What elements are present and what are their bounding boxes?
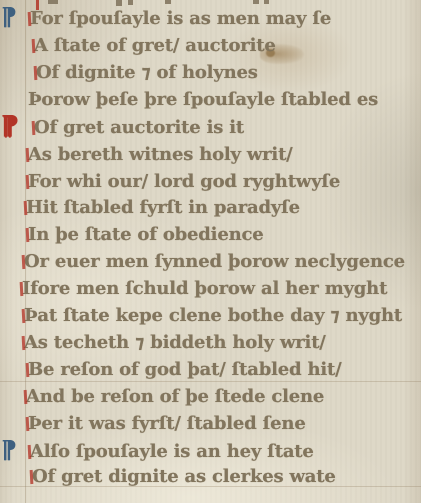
verse-line-text: Þat ſtate kepe clene bothe day ⁊ nyght — [24, 305, 402, 326]
verse-line-text: Of gret dignite as clerkes wate — [32, 466, 336, 487]
verse-line-text: Hit ſtabled fyrſt in paradyſe — [26, 197, 300, 218]
verse-line-text: A ſtate of gret/ auctorite — [34, 35, 276, 56]
verse-line: Ifore men ſchuld þorow al her myght — [22, 278, 387, 302]
verse-line-text: Alſo ſpouſayle is an hey ſtate — [30, 441, 314, 462]
verse-line-text: Þorow þeſe þre ſpouſayle ſtabled es — [28, 89, 378, 110]
verse-line: Of gret dignite as clerkes wate — [32, 466, 336, 490]
verse-line: In þe ſtate of obedience — [28, 224, 263, 248]
verse-line: As techeth ⁊ biddeth holy writ/ — [24, 332, 326, 356]
verse-line: A ſtate of gret/ auctorite — [34, 35, 276, 59]
paraph-mark-icon: ¶ — [2, 5, 17, 29]
verse-line: For whi our/ lord god ryghtwyſe — [28, 171, 340, 195]
verse-line: Of dignite ⁊ of holynes — [36, 62, 258, 86]
verse-line-text: Þer it was fyrſt/ ſtabled ſene — [28, 413, 306, 434]
verse-line-text: As techeth ⁊ biddeth holy writ/ — [24, 332, 326, 353]
verse-line: Or euer men ſynned þorow neclygence — [24, 251, 405, 275]
verse-line: Þat ſtate kepe clene bothe day ⁊ nyght — [24, 305, 402, 329]
verse-line: ¶ Of gret auctorite is it — [34, 117, 244, 141]
verse-line: As bereth witnes holy writ/ — [28, 144, 293, 168]
paraph-mark-icon: ¶ — [2, 114, 18, 138]
verse-line-text: As bereth witnes holy writ/ — [28, 144, 293, 165]
verse-line-text: For whi our/ lord god ryghtwyſe — [28, 171, 340, 192]
verse-line: Þer it was fyrſt/ ſtabled ſene — [28, 413, 306, 437]
verse-line: Be reſon of god þat/ ſtabled hit/ — [28, 359, 342, 383]
verse-line-text: Ifore men ſchuld þorow al her myght — [22, 278, 387, 299]
verse-line: Hit ſtabled fyrſt in paradyſe — [26, 197, 300, 221]
verse-line-text: Or euer men ſynned þorow neclygence — [24, 251, 405, 272]
verse-line-text: In þe ſtate of obedience — [28, 224, 263, 245]
verse-line-text: Of dignite ⁊ of holynes — [36, 62, 258, 83]
verse-line: Þorow þeſe þre ſpouſayle ſtabled es — [28, 89, 378, 113]
verse-line-text: For ſpouſayle is as men may ſe — [30, 8, 331, 29]
manuscript-page: ¶ For ſpouſayle is as men may ſe A ſtate… — [0, 0, 421, 503]
paraph-mark-icon: ¶ — [2, 438, 17, 462]
verse-line: ¶ For ſpouſayle is as men may ſe — [30, 8, 331, 32]
verse-text-block: ¶ For ſpouſayle is as men may ſe A ſtate… — [0, 0, 421, 503]
verse-line: ¶ Alſo ſpouſayle is an hey ſtate — [30, 441, 314, 465]
verse-line-text: Of gret auctorite is it — [34, 117, 244, 138]
verse-line-text: Be reſon of god þat/ ſtabled hit/ — [28, 359, 342, 380]
verse-line: And be reſon of þe ſtede clene — [26, 386, 324, 410]
verse-line-text: And be reſon of þe ſtede clene — [26, 386, 324, 407]
